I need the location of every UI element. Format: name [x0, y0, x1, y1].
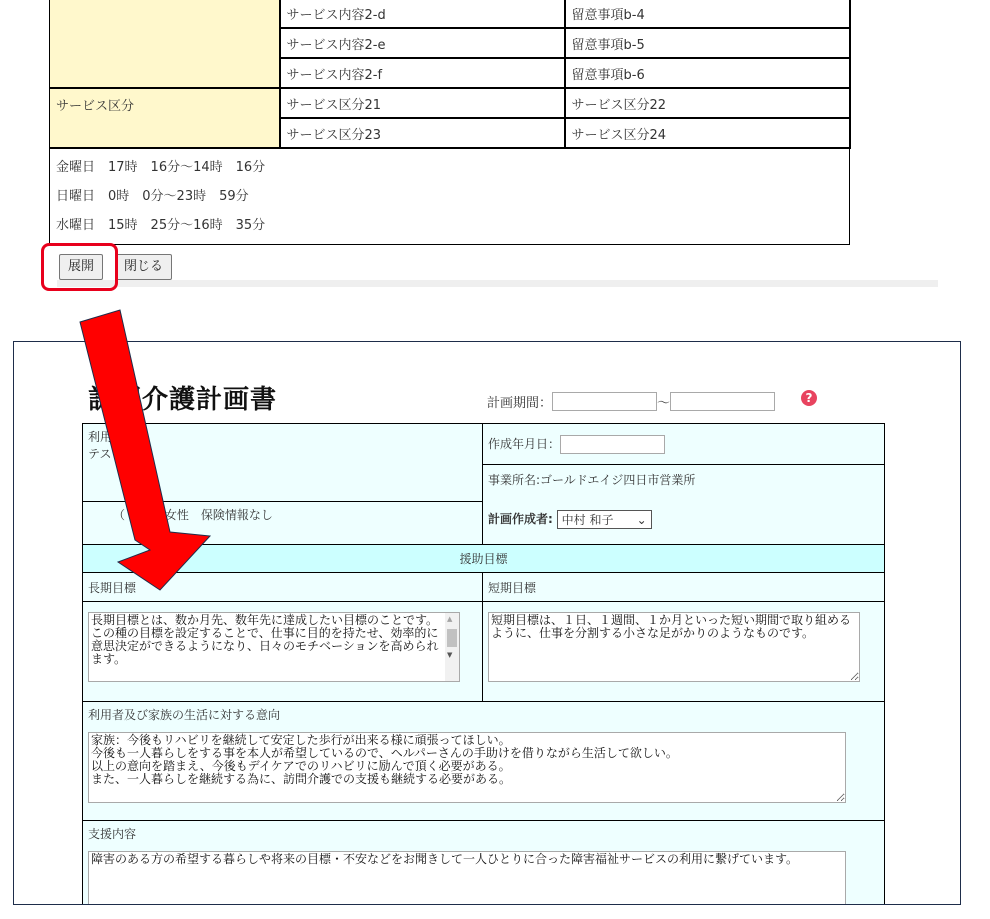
expand-button[interactable]: 展開 [59, 254, 103, 280]
service-content-cell: サービス内容2-e [280, 28, 565, 58]
table-row: 金曜日 17時 16分～14時 16分 日曜日 0時 0分～23時 59分 水曜… [50, 148, 850, 245]
service-summary-table: サービス内容2-d 留意事項b-4 サービス内容2-e 留意事項b-5 サービス… [49, 0, 851, 245]
chevron-down-icon: ⌄ [637, 513, 647, 527]
support-content-textarea[interactable] [88, 851, 846, 905]
plan-author-select[interactable]: 中村 和子 ⌄ [557, 510, 652, 529]
scrollbar[interactable]: ▲ ▼ [445, 613, 459, 681]
service-category-cell: サービス区分21 [280, 88, 565, 118]
divider-bar [57, 280, 938, 287]
long-goal-label: 長期目標 [83, 573, 483, 602]
plan-period: 計画期間： ～ [487, 392, 775, 411]
short-goal-cell [483, 602, 885, 702]
scroll-thumb[interactable] [447, 629, 457, 647]
notes-cell: 留意事項b-5 [565, 28, 850, 58]
toggle-button-row: 展開 閉じる [59, 254, 172, 280]
help-icon[interactable]: ? [801, 390, 817, 406]
notes-cell: 留意事項b-6 [565, 58, 850, 88]
plan-period-label: 計画期間： [487, 392, 552, 411]
care-plan-table: 利用者名 テスト 様 作成年月日： 事業所名:ゴールドエイジ四日市営業所 計画作… [82, 423, 885, 905]
schedule-line: 金曜日 17時 16分～14時 16分 [56, 153, 843, 182]
user-label: 利用者名 [88, 428, 477, 445]
plan-period-separator: ～ [657, 392, 670, 411]
intent-label: 利用者及び家族の生活に対する意向 [88, 706, 879, 723]
page-title: 訪問介護計画書 [88, 379, 277, 416]
service-category-cell: サービス区分24 [565, 118, 850, 148]
scroll-up-icon[interactable]: ▲ [447, 615, 452, 623]
support-content-label: 支援内容 [88, 825, 879, 842]
service-category-label: サービス区分 [50, 88, 280, 148]
schedule-line: 日曜日 0時 0分～23時 59分 [56, 182, 843, 211]
support-goals-header: 援助目標 [83, 545, 885, 573]
table-row: サービス区分 サービス区分21 サービス区分22 [50, 88, 850, 118]
user-cell: 利用者名 テスト 様 [83, 424, 483, 502]
created-date-label: 作成年月日： [488, 437, 560, 451]
service-category-cell: サービス区分23 [280, 118, 565, 148]
long-goal-cell: ▲ ▼ [83, 602, 483, 702]
long-goal-textarea[interactable] [88, 612, 460, 682]
scroll-down-icon[interactable]: ▼ [447, 651, 452, 659]
table-row: サービス内容2-d 留意事項b-4 [50, 0, 850, 28]
plan-author-value: 中村 和子 [562, 511, 614, 528]
service-content-cell: サービス内容2-f [280, 58, 565, 88]
user-info-cell: （ ）女性 保険情報なし [83, 502, 483, 545]
care-plan-panel: 訪問介護計画書 計画期間： ～ ? 利用者名 テスト 様 作成年月日： 事業所名… [13, 341, 961, 905]
schedule-line: 水曜日 15時 25分～16時 35分 [56, 211, 843, 240]
intent-cell: 利用者及び家族の生活に対する意向 [83, 702, 885, 821]
short-goal-label: 短期目標 [483, 573, 885, 602]
created-date-cell: 作成年月日： [483, 424, 885, 465]
service-category-cell: サービス区分22 [565, 88, 850, 118]
office-name: 事業所名:ゴールドエイジ四日市営業所 [488, 469, 879, 488]
office-cell: 事業所名:ゴールドエイジ四日市営業所 計画作成者: 中村 和子 ⌄ [483, 465, 885, 545]
short-goal-textarea[interactable] [488, 612, 860, 682]
user-name: テスト 様 [88, 445, 477, 462]
support-content-cell: 支援内容 [83, 821, 885, 906]
service-content-cell: サービス内容2-d [280, 0, 565, 28]
plan-period-end-input[interactable] [670, 392, 775, 411]
plan-author-label: 計画作成者: [488, 512, 553, 526]
intent-textarea[interactable] [88, 732, 846, 803]
service-content-label-cell [50, 0, 280, 88]
long-goal-wrap: ▲ ▼ [88, 612, 460, 682]
schedule-cell: 金曜日 17時 16分～14時 16分 日曜日 0時 0分～23時 59分 水曜… [50, 148, 850, 245]
plan-author-row: 計画作成者: 中村 和子 ⌄ [488, 510, 879, 529]
close-button[interactable]: 閉じる [115, 254, 172, 280]
plan-period-start-input[interactable] [552, 392, 657, 411]
notes-cell: 留意事項b-4 [565, 0, 850, 28]
created-date-input[interactable] [560, 435, 665, 454]
